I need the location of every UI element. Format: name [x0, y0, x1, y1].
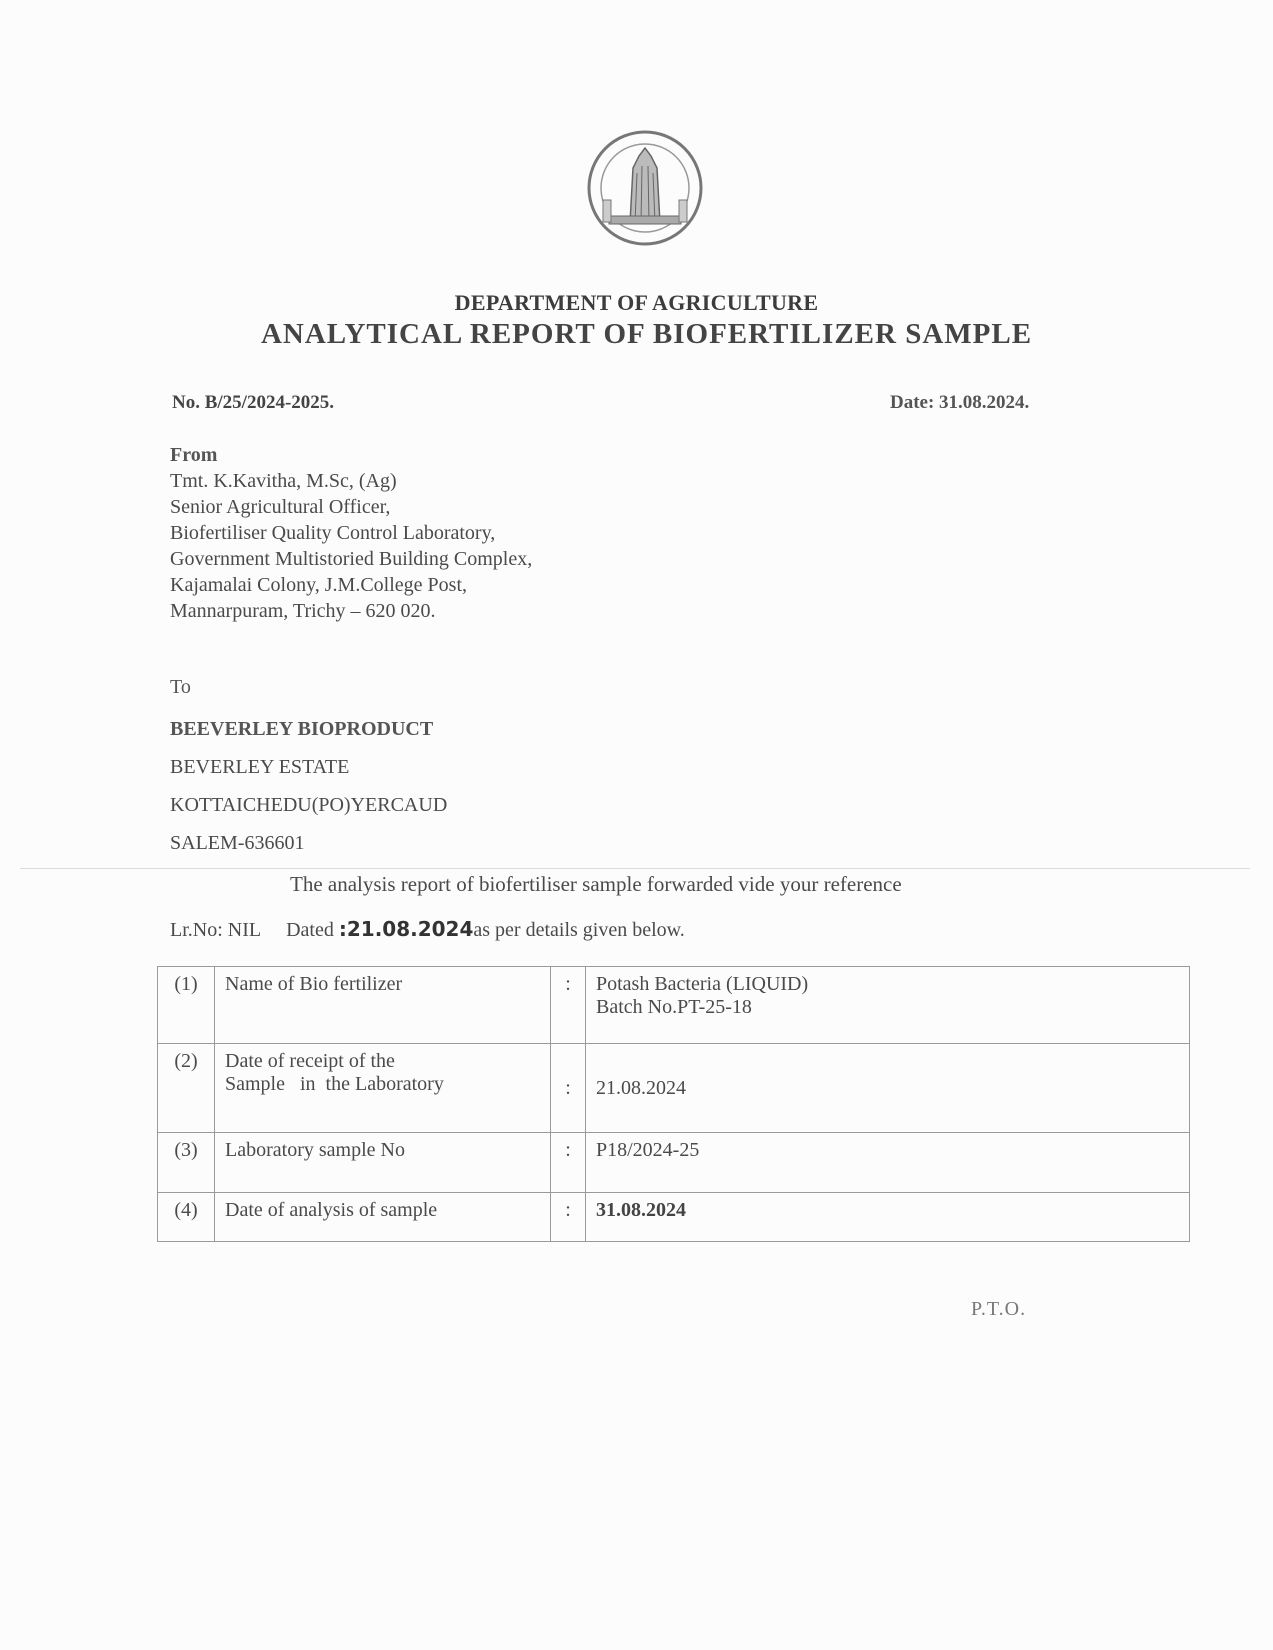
sender-line: Tmt. K.Kavitha, M.Sc, (Ag)	[170, 468, 532, 494]
row-separator: :	[551, 1133, 586, 1193]
intro-text: The analysis report of biofertiliser sam…	[290, 872, 902, 897]
dated-value: :21.08.2024	[339, 917, 474, 941]
report-date: Date: 31.08.2024.	[890, 392, 1029, 414]
dated-suffix: as per details given below.	[473, 919, 684, 941]
table-row: (1) Name of Bio fertilizer : Potash Bact…	[158, 967, 1190, 1044]
reference-line: Lr.No: NIL Dated :21.08.2024as per detai…	[170, 917, 685, 942]
sample-details-table: (1) Name of Bio fertilizer : Potash Bact…	[157, 966, 1190, 1242]
recipient-line: BEVERLEY ESTATE	[170, 756, 349, 779]
to-label: To	[170, 676, 191, 699]
fold-line	[20, 868, 1250, 869]
row-label: Laboratory sample No	[215, 1133, 551, 1193]
reference-number: No. B/25/2024-2025.	[172, 392, 334, 414]
row-label-line: Sample in the Laboratory	[225, 1073, 540, 1096]
table-row: (2) Date of receipt of the Sample in the…	[158, 1044, 1190, 1133]
batch-number: Batch No.PT-25-18	[596, 996, 1179, 1019]
row-number: (2)	[158, 1044, 215, 1133]
biofertilizer-name: Potash Bacteria (LIQUID)	[596, 973, 1179, 996]
department-heading: DEPARTMENT OF AGRICULTURE	[0, 290, 1273, 316]
sender-line: Senior Agricultural Officer,	[170, 494, 532, 520]
sender-address: From Tmt. K.Kavitha, M.Sc, (Ag) Senior A…	[170, 442, 532, 624]
row-label: Date of receipt of the Sample in the Lab…	[215, 1044, 551, 1133]
row-number: (1)	[158, 967, 215, 1044]
row-value: P18/2024-25	[586, 1133, 1190, 1193]
recipient-name: BEEVERLEY BIOPRODUCT	[170, 718, 433, 741]
row-separator: :	[551, 1193, 586, 1242]
row-value: Potash Bacteria (LIQUID) Batch No.PT-25-…	[586, 967, 1190, 1044]
government-emblem-icon	[585, 128, 705, 248]
sender-line: Government Multistoried Building Complex…	[170, 546, 532, 572]
sender-line: Mannarpuram, Trichy – 620 020.	[170, 598, 532, 624]
row-separator: :	[551, 1044, 586, 1133]
row-number: (4)	[158, 1193, 215, 1242]
row-value: 21.08.2024	[586, 1044, 1190, 1133]
row-label: Name of Bio fertilizer	[215, 967, 551, 1044]
table-row: (4) Date of analysis of sample : 31.08.2…	[158, 1193, 1190, 1242]
recipient-line: SALEM-636601	[170, 832, 304, 855]
row-value: 31.08.2024	[586, 1193, 1190, 1242]
recipient-line: KOTTAICHEDU(PO)YERCAUD	[170, 794, 447, 817]
dated-label: Dated	[286, 919, 339, 941]
sender-line: Kajamalai Colony, J.M.College Post,	[170, 572, 532, 598]
letter-number: Lr.No: NIL	[170, 919, 261, 941]
row-label-line: Date of receipt of the	[225, 1050, 540, 1073]
row-label: Date of analysis of sample	[215, 1193, 551, 1242]
table-row: (3) Laboratory sample No : P18/2024-25	[158, 1133, 1190, 1193]
please-turn-over: P.T.O.	[971, 1298, 1026, 1321]
sender-line: Biofertiliser Quality Control Laboratory…	[170, 520, 532, 546]
report-title: ANALYTICAL REPORT OF BIOFERTILIZER SAMPL…	[0, 318, 1273, 351]
from-label: From	[170, 442, 532, 468]
row-separator: :	[551, 967, 586, 1044]
row-number: (3)	[158, 1133, 215, 1193]
